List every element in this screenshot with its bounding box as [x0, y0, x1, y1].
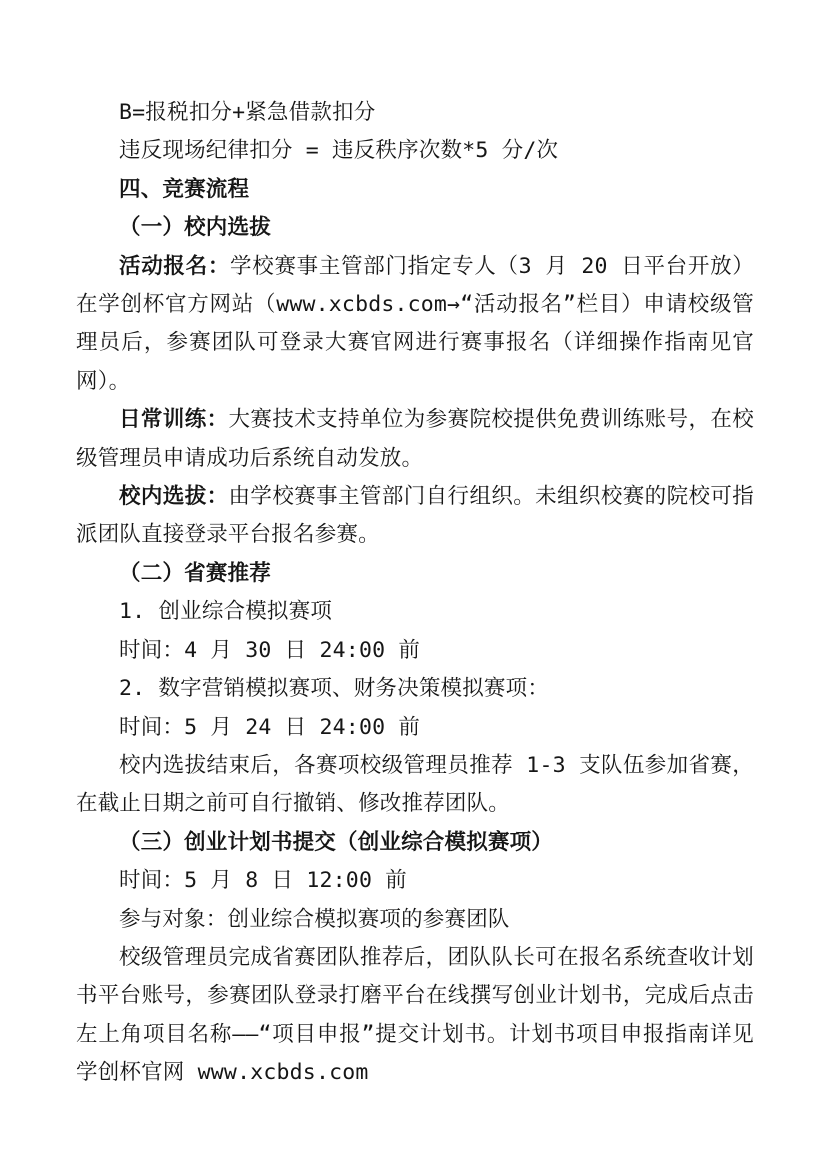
paragraph: 1. 创业综合模拟赛项: [76, 593, 754, 631]
paragraph: 校内选拔结束后，各赛项校级管理员推荐 1-3 支队伍参加省赛，在截止日期之前可自…: [76, 747, 754, 824]
formula-line: 违反现场纪律扣分 = 违反秩序次数*5 分/次: [76, 132, 754, 170]
paragraph: 活动报名：学校赛事主管部门指定专人（3 月 20 日平台开放）在学创杯官方网站（…: [76, 248, 754, 402]
paragraph: 参与对象：创业综合模拟赛项的参赛团队: [76, 901, 754, 939]
document-page: B=报税扣分+紧急借款扣分违反现场纪律扣分 = 违反秩序次数*5 分/次四、竞赛…: [0, 0, 826, 1168]
paragraph: 校内选拔：由学校赛事主管部门自行组织。未组织校赛的院校可指派团队直接登录平台报名…: [76, 478, 754, 555]
paragraph: 时间：5 月 8 日 12:00 前: [76, 862, 754, 900]
paragraph: 2. 数字营销模拟赛项、财务决策模拟赛项：: [76, 670, 754, 708]
document-content: B=报税扣分+紧急借款扣分违反现场纪律扣分 = 违反秩序次数*5 分/次四、竞赛…: [76, 94, 754, 1093]
paragraph: 日常训练：大赛技术支持单位为参赛院校提供免费训练账号，在校级管理员申请成功后系统…: [76, 401, 754, 478]
paragraph: 校级管理员完成省赛团队推荐后，团队队长可在报名系统查收计划书平台账号，参赛团队登…: [76, 939, 754, 1093]
formula-line: B=报税扣分+紧急借款扣分: [76, 94, 754, 132]
paragraph-lead: 校内选拔：: [119, 484, 229, 509]
paragraph-lead: 日常训练：: [119, 407, 229, 432]
sub-heading: （三）创业计划书提交（创业综合模拟赛项）: [76, 824, 754, 862]
sub-heading: （二）省赛推荐: [76, 555, 754, 593]
section-heading: 四、竞赛流程: [76, 171, 754, 209]
paragraph: 时间：4 月 30 日 24:00 前: [76, 632, 754, 670]
paragraph-lead: 活动报名：: [119, 254, 230, 279]
sub-heading: （一）校内选拔: [76, 209, 754, 247]
paragraph: 时间：5 月 24 日 24:00 前: [76, 709, 754, 747]
